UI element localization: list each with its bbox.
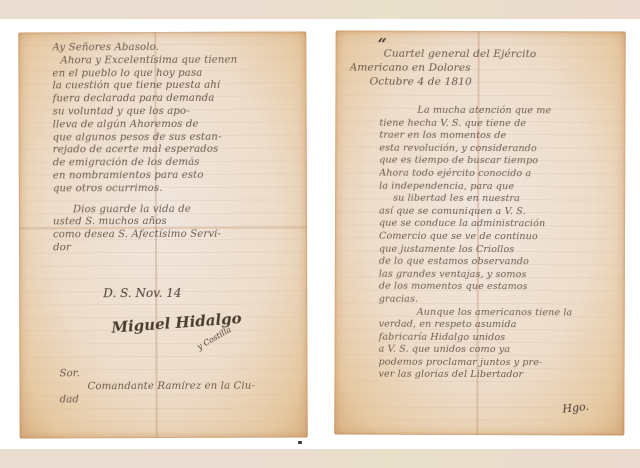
text-line: a V. S. que unidos como ya xyxy=(379,344,619,357)
text-line: Aunque los americanos tiene la xyxy=(379,306,619,319)
text-line: fuera declarada para demanda xyxy=(53,93,303,107)
text-line: las grandes ventajas, y somos xyxy=(379,268,619,281)
manuscript-page-left: Ay Señores Abasolo. Ahora y Excelentísim… xyxy=(18,31,307,438)
text-line: Comandante Ramírez en la Ciu- xyxy=(60,380,305,394)
date-line: D. S. Nov. 14 xyxy=(103,286,181,300)
text-line: fabricaría Hidalgo unidos xyxy=(379,331,619,344)
text-line: de emigración de los demás xyxy=(53,157,303,171)
text-line: de lo que estamos observando xyxy=(379,256,619,269)
text-line: Ay Señores Abasolo. xyxy=(52,42,302,56)
text-line: dor xyxy=(53,241,303,255)
text-line: que se conduce la administración xyxy=(379,218,619,231)
text-line: gracias. xyxy=(379,294,619,307)
text-line: que algunos pesos de sus estan- xyxy=(53,131,303,145)
text-line: dad xyxy=(60,393,305,407)
text-line: ver las glorias del Libertador xyxy=(378,369,618,382)
header-line: Octubre 4 de 1810 xyxy=(350,75,620,90)
top-background-band xyxy=(0,0,640,19)
text-line: así que se comuniquen a V. S. xyxy=(379,205,619,218)
text-line: La mucha atención que me xyxy=(379,105,619,118)
text-line: que justamente los Criollos xyxy=(379,243,619,256)
bottom-background-band xyxy=(0,449,640,468)
text-line: la independencia, para que xyxy=(379,180,619,193)
text-line: esta revolución, y considerando xyxy=(379,142,619,155)
text-line: lleva de algún Ahoremos de xyxy=(53,118,303,132)
signature-rubric: Hgo. xyxy=(562,400,590,416)
text-line: que es tiempo de buscar tiempo xyxy=(379,155,619,168)
letter-body-left: Ay Señores Abasolo. Ahora y Excelentísim… xyxy=(52,42,303,256)
text-line: de los momentos que estamos xyxy=(379,281,619,294)
header-line: Cuartel general del Ejército xyxy=(350,47,620,62)
header-line: Americano en Dolores xyxy=(350,61,620,76)
text-line: Comercio que se ve de continuo xyxy=(379,231,619,244)
text-line: en el pueblo lo que hoy pasa xyxy=(52,67,302,81)
text-line: podemos proclamar juntos y pre- xyxy=(379,357,619,370)
text-line: Ahora todo ejército conocido a xyxy=(379,168,619,181)
text-line: en nombramientos para esto xyxy=(53,169,303,183)
text-line: su libertad les en nuestra xyxy=(379,193,619,206)
letter-header: Cuartel general del Ejército Americano e… xyxy=(350,47,620,90)
text-line: verdad, en respeto asumida xyxy=(379,319,619,332)
text-line: Dios guarde la vida de xyxy=(53,203,303,217)
letter-body-right: La mucha atención que me tiene hecha V. … xyxy=(378,105,619,383)
text-line: rejado de acerte mal esperados xyxy=(53,144,303,158)
letter-address-footer: Sor. Comandante Ramírez en la Ciu- dad xyxy=(59,368,304,407)
text-line: tiene hecha V. S. que tiene de xyxy=(379,117,619,130)
text-line: su voluntad y que los apo- xyxy=(53,105,303,119)
text-line: que otros ocurrimos. xyxy=(53,182,303,196)
text-line: traer en los momentos de xyxy=(379,130,619,143)
text-line: Sor. xyxy=(59,368,304,382)
manuscript-page-right: “ Cuartel general del Ejército Americano… xyxy=(334,30,625,435)
speck xyxy=(298,441,302,444)
text-line: usted S. muchos años xyxy=(53,216,303,230)
text-line: como desea S. Afectísimo Servi- xyxy=(53,229,303,243)
text-line: Ahora y Excelentísima que tienen xyxy=(52,54,302,68)
text-line: la cuestión que tiene puesta ahí xyxy=(52,80,302,94)
